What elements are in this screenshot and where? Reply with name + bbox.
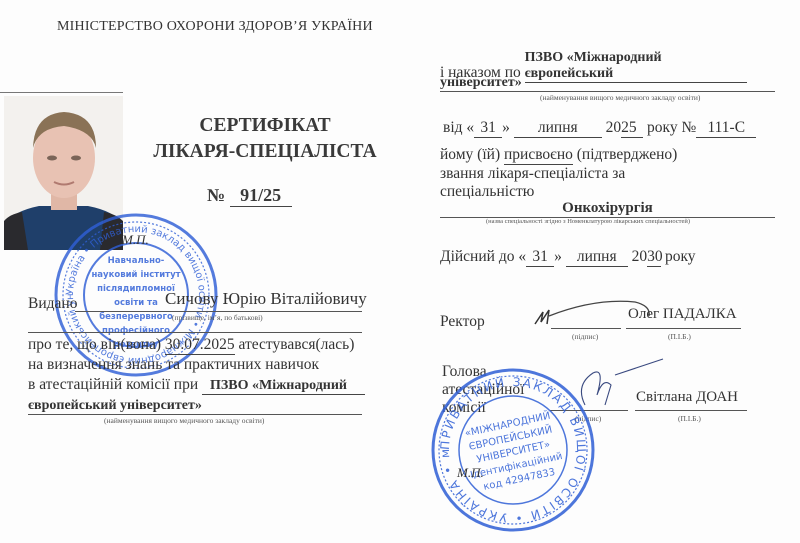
certificate-title: СЕРТИФІКАТ ЛІКАРЯ-СПЕЦІАЛІСТА [130, 113, 400, 165]
name-caption: (П.І.Б.) [678, 414, 701, 423]
order-caption: (найменування вищого медичного закладу о… [540, 93, 700, 102]
assigned-line-2: звання лікаря-спеціаліста за [440, 165, 625, 183]
specialty-name: Онкохірургія [440, 200, 775, 217]
order-month: липня [514, 119, 602, 138]
issued-underline [75, 311, 362, 312]
order-number: 111-С [696, 119, 756, 138]
issued-label: Видано [28, 295, 77, 313]
svg-text:науковий інститут: науковий інститут [91, 269, 180, 280]
valid-year: 30 [647, 248, 661, 267]
issued-caption: (прізвище, ім’я, по батькові) [172, 313, 263, 322]
order-date-line: від «31» липня 2025 року №111-С [443, 119, 756, 138]
valid-until-line: Дійсний до «31» липня 2030 року [440, 248, 696, 267]
ministry-heading: МІНІСТЕРСТВО ОХОРОНИ ЗДОРОВ’Я УКРАЇНИ [57, 19, 373, 35]
order-institution-part-2: університет» [440, 75, 522, 91]
rector-name: Олег ПАДАЛКА [628, 306, 737, 323]
divider [28, 332, 362, 333]
attestation-line-1: про те, що він(вона) 30.07.2025 атестува… [28, 336, 354, 355]
institution-name-part-2: європейський університет» [28, 398, 202, 414]
assigned-line-3: спеціальністю [440, 183, 534, 201]
specialty-caption: (назва спеціальності згідно з Номенклату… [486, 218, 690, 225]
order-day: 31 [474, 119, 502, 138]
holder-name: Сичову Юрію Віталійовичу [165, 289, 367, 309]
attestation-line-3: в атестаційній комісії при ПЗВО «Міжнаро… [28, 376, 365, 395]
certificate-number-value: 91/25 [230, 185, 292, 207]
divider [440, 91, 775, 92]
valid-month: липня [566, 248, 628, 267]
right-round-stamp: ПРИВАТНИЙ ЗАКЛАД ВИЩОЇ ОСВІТИ • УКРАЇНА … [428, 365, 598, 535]
svg-text:Навчально-: Навчально- [108, 256, 165, 266]
signature-caption: (підпис) [572, 332, 598, 341]
stamp-mark-left: М.П. [122, 232, 149, 248]
divider [0, 92, 123, 93]
svg-text:професійного: професійного [102, 325, 170, 336]
chair-name: Світлана ДОАН [636, 389, 738, 406]
valid-day: 31 [526, 248, 554, 267]
svg-text:освіти та: освіти та [114, 297, 158, 308]
name-caption: (П.І.Б.) [668, 332, 691, 341]
number-sign: № [207, 185, 225, 205]
order-institution-part-1: ПЗВО «Міжнародний європейський [525, 50, 747, 83]
certificate-number: № 91/25 [207, 185, 292, 207]
rector-name-line [626, 328, 741, 329]
institution-caption: (найменування вищого медичного закладу о… [104, 416, 264, 425]
order-year: 25 [621, 119, 643, 138]
rector-label: Ректор [440, 313, 485, 331]
attestation-line-2: на визначення знань та практичних навичо… [28, 356, 319, 374]
svg-text:безперервного: безперервного [99, 311, 173, 322]
attestation-date: 30.07.2025 [165, 336, 235, 355]
title-line-2: ЛІКАРЯ-СПЕЦІАЛІСТА [130, 139, 400, 165]
assigned-status: присвоєно [504, 146, 573, 165]
rector-signature-line [551, 328, 621, 329]
assigned-line-1: йому (їй) присвоєно (підтверджено) [440, 146, 677, 165]
institution-name-part-1: ПЗВО «Міжнародний [202, 378, 365, 395]
title-line-1: СЕРТИФІКАТ [130, 113, 400, 139]
divider [28, 414, 362, 415]
svg-text:післядипломної: післядипломної [97, 283, 175, 294]
stamp-mark-right: М.П. [457, 465, 484, 481]
chair-name-line [635, 410, 747, 411]
